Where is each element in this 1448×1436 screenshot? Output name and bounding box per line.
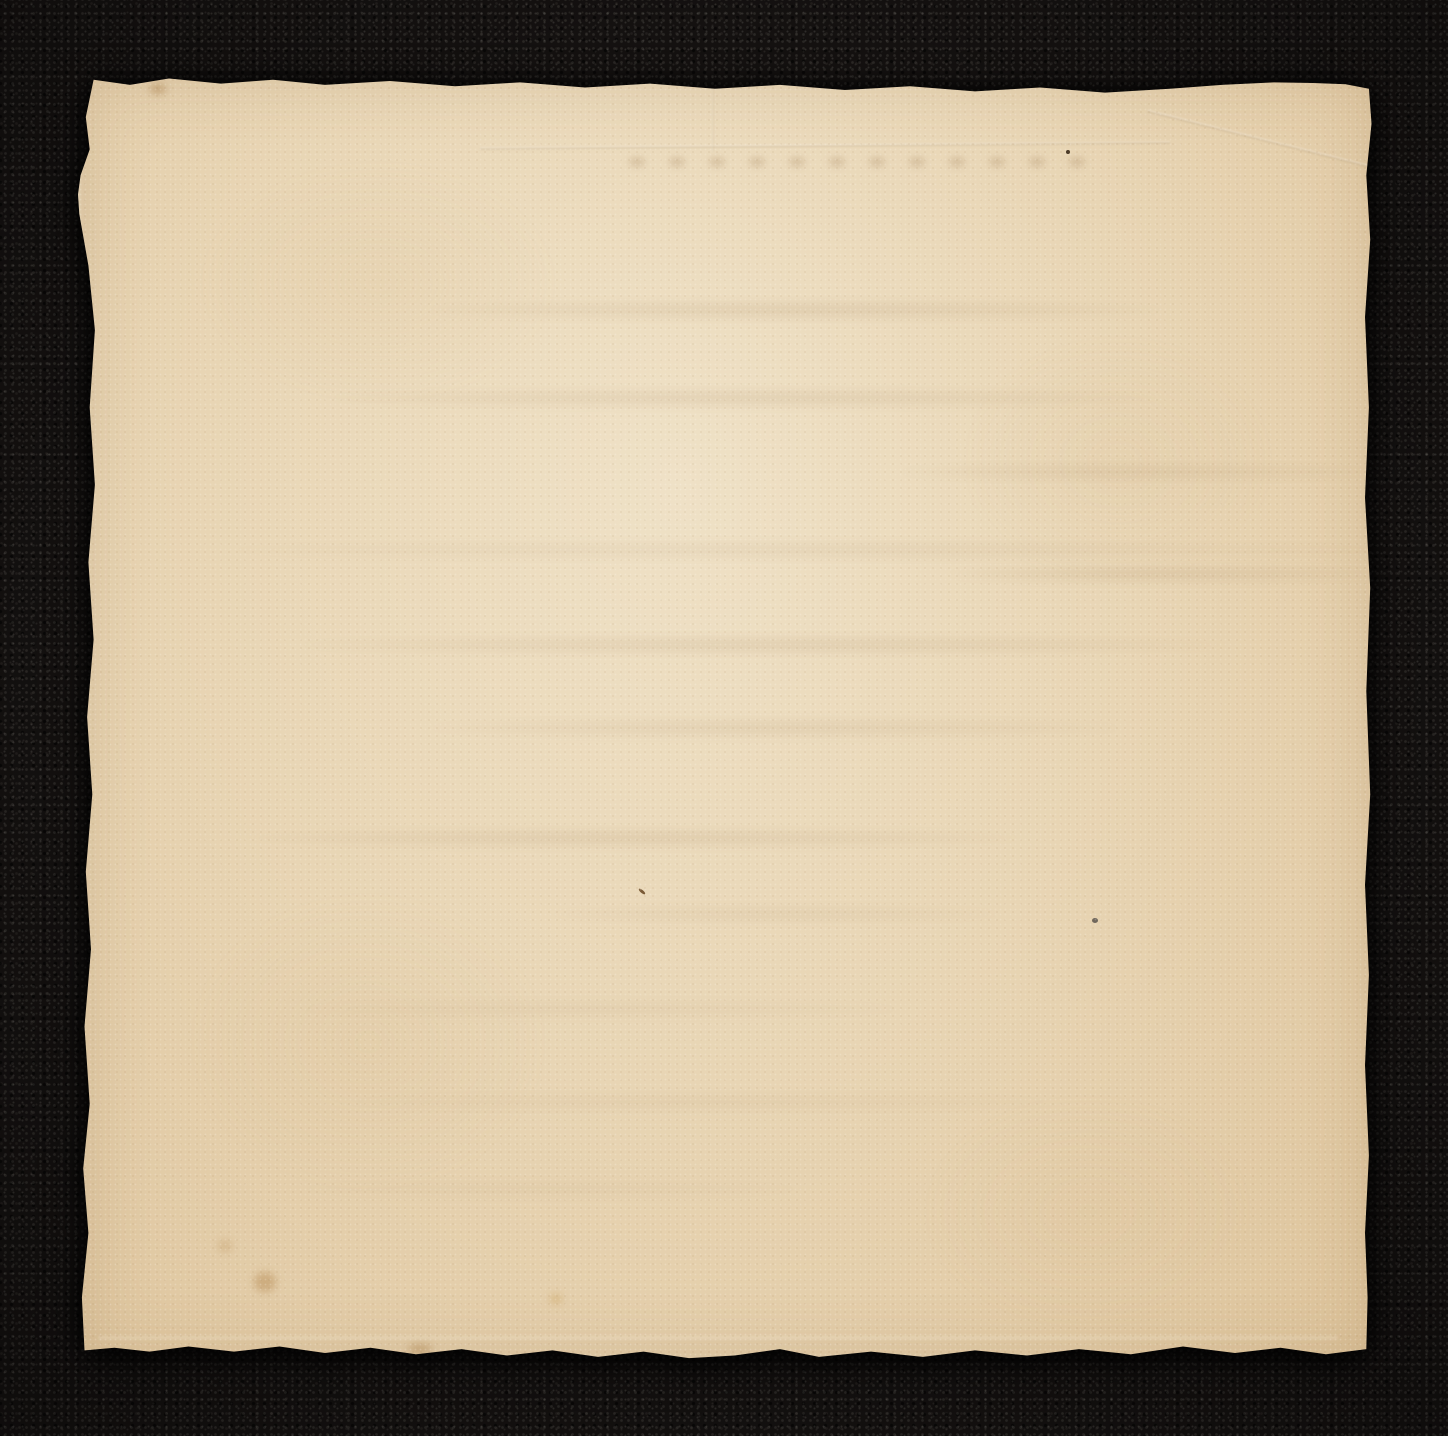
ink-bleedthrough-line	[330, 388, 1160, 408]
paper-surface-features	[78, 72, 1378, 1362]
ink-bleedthrough-line	[300, 1180, 800, 1198]
aging-mottle	[918, 1092, 1258, 1332]
faint-stain	[218, 1240, 232, 1252]
manuscript-paper-wrap	[78, 72, 1378, 1362]
manuscript-paper-verso	[78, 72, 1378, 1362]
ink-bleedthrough-line	[300, 1000, 900, 1018]
ink-bleedthrough-line	[900, 463, 1370, 481]
ink-bleedthrough-line	[950, 565, 1370, 583]
aging-mottle	[188, 892, 548, 1192]
ink-bleedthrough-line	[250, 828, 1020, 848]
horizontal-crease	[480, 141, 1170, 150]
tan-stain	[254, 1272, 276, 1292]
edge-stain-bottom	[408, 1344, 432, 1354]
edge-stain-top	[150, 84, 166, 94]
torn-edge-fibers	[98, 1336, 1338, 1341]
ink-bleedthrough-line	[350, 1093, 1050, 1111]
ink-bleedthrough-line	[430, 718, 1120, 738]
aging-mottle	[198, 162, 558, 402]
ink-bleedthrough-mirrored-script	[623, 140, 1103, 184]
gray-speck	[1092, 918, 1098, 923]
corner-diagonal-crease	[1147, 109, 1369, 167]
brown-fleck	[638, 888, 646, 895]
ink-bleedthrough-line	[550, 905, 1000, 923]
ink-bleedthrough-line	[230, 540, 1390, 560]
aging-mottle	[958, 332, 1278, 592]
vertical-crease	[712, 82, 714, 152]
ink-bleedthrough-line	[300, 635, 1230, 655]
dark-speck	[1066, 150, 1070, 154]
yellow-spot	[550, 1294, 562, 1304]
archival-scan	[0, 0, 1448, 1436]
ink-bleedthrough-line	[430, 300, 1160, 320]
